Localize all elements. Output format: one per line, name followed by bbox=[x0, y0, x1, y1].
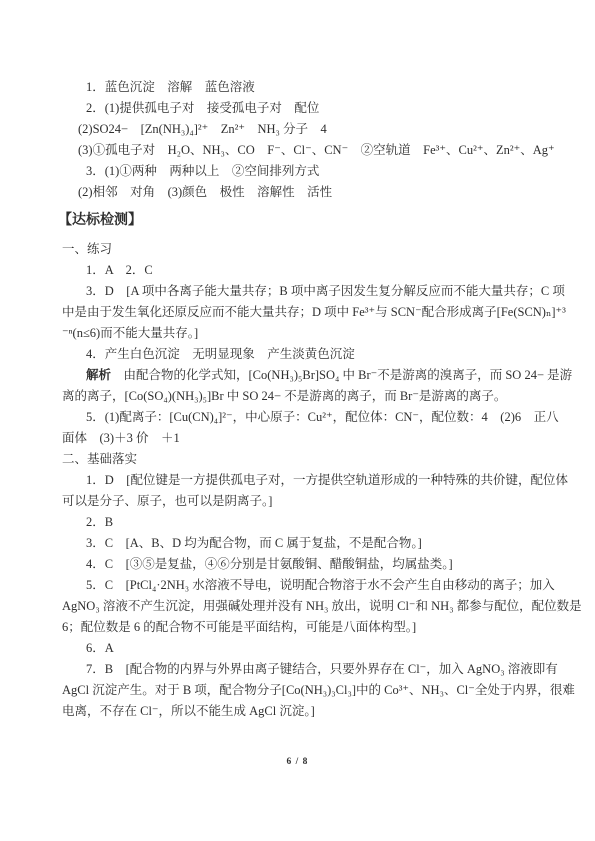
text-line: (2)SO24− [Zn(NH₃)₄]²⁺ Zn²⁺ NH₃ 分子 4 bbox=[62, 119, 541, 140]
text-line: 6．A bbox=[62, 638, 541, 659]
section-heading: 【达标检测】 bbox=[58, 210, 541, 232]
text-line: ⁻ⁿ(n≤6)而不能大量共存。] bbox=[62, 323, 541, 344]
text-line: 离的离子，[Co(SO₄)(NH₃)₅]Br 中 SO 24− 不是游离的离子，… bbox=[62, 386, 541, 407]
analysis-label: 解析 bbox=[86, 368, 111, 382]
text-line: 5．C [PtCl₄·2NH₃ 水溶液不导电，说明配合物溶于水不会产生自由移动的… bbox=[62, 575, 541, 596]
text-line: 1．D [配位键是一方提供孤电子对，一方提供空轨道形成的一种特殊的共价键，配位体 bbox=[62, 470, 541, 491]
text-line: 电离，不存在 Cl⁻，所以不能生成 AgCl 沉淀。] bbox=[62, 701, 541, 722]
text-line: 中是由于发生氧化还原反应而不能大量共存；D 项中 Fe³⁺与 SCN⁻配合形成离… bbox=[62, 302, 541, 323]
text-line: AgCl 沉淀产生。对于 B 项，配合物分子[Co(NH₃)₃Cl₃]中的 Co… bbox=[62, 680, 541, 701]
page-number: 6 / 8 bbox=[0, 757, 595, 767]
answer-lines: 1．蓝色沉淀 溶解 蓝色溶液2．(1)提供孤电子对 接受孤电子对 配位(2)SO… bbox=[62, 77, 541, 722]
text-line: 6；配位数是 6 的配合物不可能是平面结构，可能是八面体构型。] bbox=[62, 617, 541, 638]
text-line: 2．B bbox=[62, 512, 541, 533]
text-line: 4．C [③⑤是复盐，④⑥分别是甘氨酸铜、醋酸铜盐，均属盐类。] bbox=[62, 554, 541, 575]
text-line: 二、基础落实 bbox=[62, 449, 541, 470]
text-line: 解析 由配合物的化学式知，[Co(NH₃)₅Br]SO₄ 中 Br⁻不是游离的溴… bbox=[62, 365, 541, 386]
text-line: 3．D [A 项中各离子能大量共存；B 项中离子因发生复分解反应而不能大量共存；… bbox=[62, 281, 541, 302]
text-line: AgNO₃ 溶液不产生沉淀，用强碱处理并没有 NH₃ 放出，说明 Cl⁻和 NH… bbox=[62, 596, 541, 617]
text-line: 面体 (3)＋3 价 ＋1 bbox=[62, 428, 541, 449]
text-line: 5．(1)配离子：[Cu(CN)₄]²⁻，中心原子：Cu²⁺，配位体：CN⁻，配… bbox=[62, 407, 541, 428]
text-line: 一、练习 bbox=[62, 239, 541, 260]
document-page: 1．蓝色沉淀 溶解 蓝色溶液2．(1)提供孤电子对 接受孤电子对 配位(2)SO… bbox=[0, 0, 595, 841]
text-line: 1．A 2．C bbox=[62, 260, 541, 281]
text-line: 3．C [A、B、D 均为配合物，而 C 属于复盐，不是配合物。] bbox=[62, 533, 541, 554]
text-line: 3．(1)①两种 两种以上 ②空间排列方式 bbox=[62, 161, 541, 182]
text-line: (3)①孤电子对 H₂O、NH₃、CO F⁻、Cl⁻、CN⁻ ②空轨道 Fe³⁺… bbox=[62, 140, 541, 161]
text-line: 可以是分子、原子，也可以是阴离子。] bbox=[62, 491, 541, 512]
text-line: 2．(1)提供孤电子对 接受孤电子对 配位 bbox=[62, 98, 541, 119]
text-line: 7．B [配合物的内界与外界由离子键结合，只要外界存在 Cl⁻，加入 AgNO₃… bbox=[62, 659, 541, 680]
text-line: 4．产生白色沉淀 无明显现象 产生淡黄色沉淀 bbox=[62, 344, 541, 365]
text-line: 1．蓝色沉淀 溶解 蓝色溶液 bbox=[62, 77, 541, 98]
text-line: (2)相邻 对角 (3)颜色 极性 溶解性 活性 bbox=[62, 182, 541, 203]
